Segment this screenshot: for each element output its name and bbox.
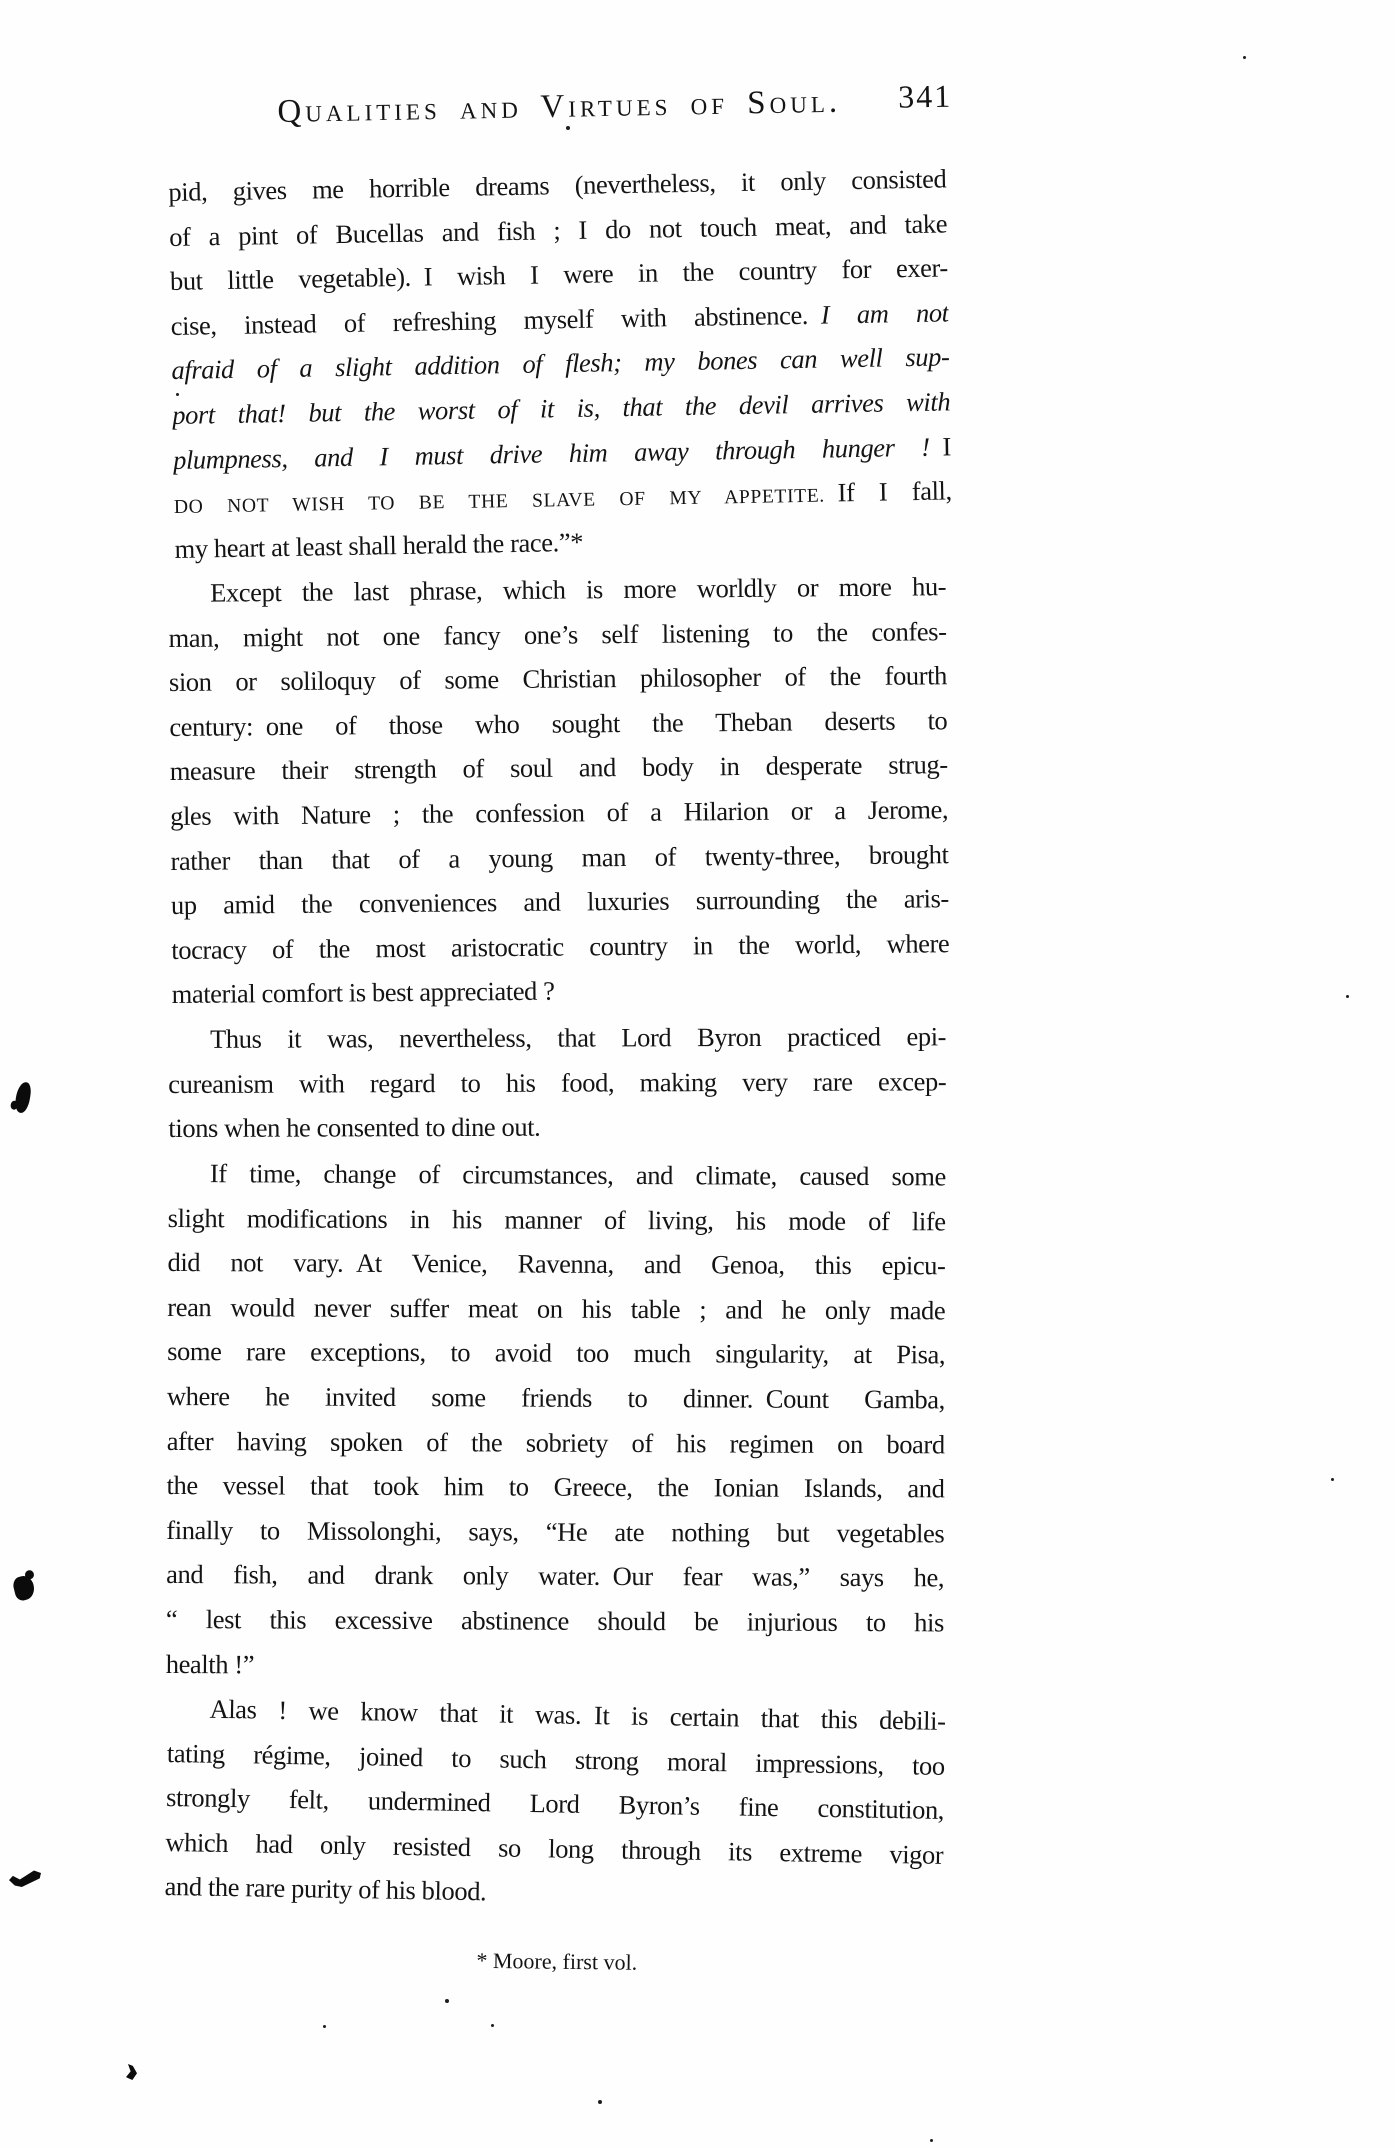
body-text: some rare exceptions, to avoid too much … [167, 1336, 945, 1369]
paragraph: pid, gives me horrible dreams (neverthel… [168, 156, 953, 571]
page-header: Qualities and Virtues of Soul. 341 [168, 82, 951, 133]
ink-speck [445, 1999, 449, 2003]
text-line: tocracy of the most aristocratic country… [171, 921, 949, 972]
text-line: the vessel that took him to Greece, the … [166, 1463, 944, 1511]
paragraph: Alas ! we know that it was. It is certai… [164, 1686, 946, 1922]
text-line: man, might not one fancy one’s self list… [168, 609, 946, 660]
ink-speck [598, 2100, 602, 2104]
text-line: and fish, and drank only water. Our fear… [166, 1552, 944, 1600]
body-text: man, might not one fancy one’s self list… [168, 616, 946, 653]
body-text: did not vary. At Venice, Ravenna, and Ge… [167, 1247, 945, 1280]
ink-speck [1243, 56, 1246, 59]
text-line: rean would never suffer meat on his tabl… [167, 1285, 945, 1333]
body-text: but little vegetable). I wish I were in … [170, 253, 948, 297]
body-text: the vessel that took him to Greece, the … [166, 1470, 944, 1503]
page-number: 341 [898, 78, 953, 116]
body-text: I [929, 431, 951, 461]
body-text: “ lest this excessive abstinence should … [166, 1604, 944, 1637]
ink-mark [126, 2064, 137, 2080]
text-line: did not vary. At Venice, Ravenna, and Ge… [167, 1240, 945, 1288]
small-caps-text: DO NOT WISH TO BE THE SLAVE OF MY APPETI… [174, 486, 825, 518]
text-line: sion or soliloquy of some Christian phil… [169, 654, 947, 705]
body-text: If time, change of circumstances, and cl… [210, 1158, 946, 1191]
body-text: gles with Nature ; the confession of a H… [170, 795, 948, 832]
text-line: “ lest this excessive abstinence should … [166, 1597, 944, 1645]
text-line: health !” [166, 1642, 944, 1690]
text-line: rather than that of a young man of twent… [170, 832, 948, 883]
ink-speck [930, 2139, 933, 2142]
running-title: Qualities and Virtues of Soul. [168, 82, 951, 133]
body-text: where he invited some friends to dinner.… [167, 1381, 945, 1414]
body-text: sion or soliloquy of some Christian phil… [169, 661, 947, 698]
body-text: and the rare purity of his blood. [164, 1872, 486, 1907]
text-line: some rare exceptions, to avoid too much … [167, 1329, 945, 1377]
body-text: Thus it was, nevertheless, that Lord Byr… [210, 1022, 946, 1055]
text-line: finally to Missolonghi, says, “He ate no… [166, 1508, 944, 1556]
text-line: century: one of those who sought the The… [169, 698, 947, 749]
ink-mark [11, 1574, 36, 1602]
ink-mark [14, 1081, 33, 1114]
body-text: my heart at least shall herald the race.… [174, 527, 583, 564]
ink-speck [1346, 995, 1349, 998]
text-line: Thus it was, nevertheless, that Lord Byr… [168, 1015, 946, 1062]
body-text: tions when he consented to dine out. [168, 1112, 540, 1143]
body-text: tocracy of the most aristocratic country… [171, 928, 949, 965]
text-line: gles with Nature ; the confession of a H… [170, 788, 948, 839]
body-text: strongly felt, undermined Lord Byron’s f… [166, 1782, 944, 1825]
text-line: Except the last phrase, which is more wo… [168, 565, 946, 616]
body-text: cureanism with regard to his food, makin… [168, 1066, 946, 1099]
body-text: Except the last phrase, which is more wo… [210, 572, 946, 608]
ink-speck [566, 126, 570, 130]
body-text: up amid the conveniences and luxuries su… [171, 884, 949, 921]
text-line: tions when he consented to dine out. [168, 1104, 946, 1151]
ink-speck [176, 393, 179, 396]
text-line: cureanism with regard to his food, makin… [168, 1059, 946, 1106]
italic-text: port that! but the worst of it is, that … [172, 386, 950, 430]
body-text: of a pint of Bucellas and fish ; I do no… [169, 208, 947, 252]
text-line: after having spoken of the sobriety of h… [167, 1419, 945, 1467]
paragraph: Thus it was, nevertheless, that Lord Byr… [168, 1015, 946, 1151]
body-text: pid, gives me horrible dreams (neverthel… [168, 163, 946, 207]
body-text: rean would never suffer meat on his tabl… [167, 1292, 945, 1325]
body-text: century: one of those who sought the The… [169, 705, 947, 742]
text-line: where he invited some friends to dinner.… [167, 1374, 945, 1422]
body-text: which had only resisted so long through … [165, 1827, 943, 1870]
italic-text: I am not [821, 297, 949, 329]
text-line: measure their strength of soul and body … [170, 743, 948, 794]
book-page: Qualities and Virtues of Soul. 341 pid, … [0, 0, 1395, 2148]
ink-speck [491, 2024, 494, 2027]
body-text: Alas ! we know that it was. It is certai… [209, 1694, 945, 1736]
text-line: If time, change of circumstances, and cl… [168, 1151, 946, 1199]
ink-mark [9, 1869, 41, 1887]
text-line: up amid the conveniences and luxuries su… [171, 877, 949, 928]
body-text: and fish, and drank only water. Our fear… [166, 1559, 944, 1592]
body-text: after having spoken of the sobriety of h… [167, 1426, 945, 1459]
body-text: finally to Missolonghi, says, “He ate no… [166, 1515, 944, 1548]
page-body: pid, gives me horrible dreams (neverthel… [168, 170, 946, 1909]
ink-speck [323, 2025, 326, 2028]
body-text: slight modifications in his manner of li… [168, 1203, 946, 1236]
footnote: * Moore, first vol. [168, 1944, 946, 1980]
body-text: rather than that of a young man of twent… [170, 839, 948, 876]
text-line: material comfort is best appreciated ? [172, 966, 950, 1017]
body-text: material comfort is best appreciated ? [172, 976, 555, 1009]
paragraph: If time, change of circumstances, and cl… [166, 1151, 946, 1690]
body-text: cise, instead of refreshing myself with … [170, 299, 821, 340]
italic-text: plumpness, and I must drive him away thr… [173, 431, 930, 474]
ink-speck [1331, 1478, 1334, 1481]
paragraph: Except the last phrase, which is more wo… [168, 565, 950, 1018]
body-text: measure their strength of soul and body … [170, 750, 948, 787]
text-line: slight modifications in his manner of li… [168, 1196, 946, 1244]
body-text: health !” [166, 1649, 255, 1679]
italic-text: afraid of a slight addition of flesh; my… [171, 342, 949, 386]
body-text: If I fall, [825, 476, 952, 508]
body-text: tating régime, joined to such strong mor… [167, 1738, 945, 1781]
